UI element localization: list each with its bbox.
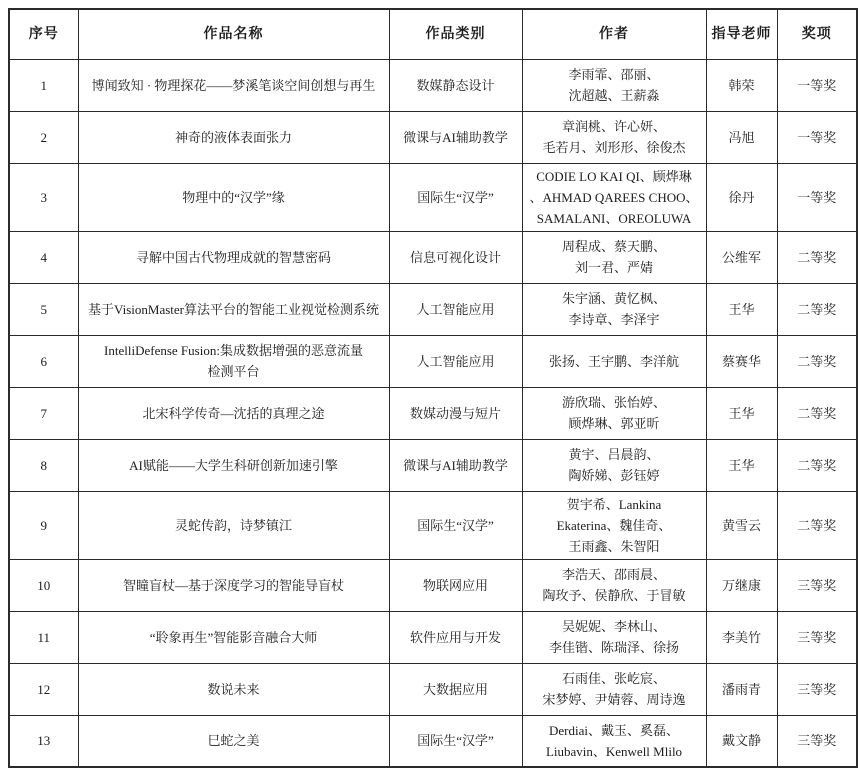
header-cell-no: 序号 [9,9,78,59]
cell-award: 三等奖 [777,715,857,767]
cell-no: 12 [9,663,78,715]
cell-authors: 李雨霏、邵丽、 沈超越、王薪淼 [522,59,706,111]
table-row: 4 寻解中国古代物理成就的智慧密码 信息可视化设计 周程成、蔡天鹏、 刘一君、严… [9,231,857,283]
cell-category: 国际生“汉学” [389,163,522,231]
cell-award: 二等奖 [777,335,857,387]
cell-title: 数说未来 [78,663,389,715]
cell-category: 微课与AI辅助教学 [389,111,522,163]
cell-award: 三等奖 [777,663,857,715]
table-row: 9 灵蛇传韵，诗梦镇江 国际生“汉学” 贺宇希、Lankina Ekaterin… [9,491,857,559]
cell-title: 寻解中国古代物理成就的智慧密码 [78,231,389,283]
header-cell-advisor: 指导老师 [706,9,777,59]
cell-no: 6 [9,335,78,387]
cell-award: 二等奖 [777,387,857,439]
cell-award: 一等奖 [777,163,857,231]
cell-advisor: 韩荣 [706,59,777,111]
cell-authors: 周程成、蔡天鹏、 刘一君、严婧 [522,231,706,283]
cell-no: 13 [9,715,78,767]
cell-title: 神奇的液体表面张力 [78,111,389,163]
cell-title: IntelliDefense Fusion:集成数据增强的恶意流量 检测平台 [78,335,389,387]
cell-title: 基于VisionMaster算法平台的智能工业视觉检测系统 [78,283,389,335]
cell-title: 灵蛇传韵，诗梦镇江 [78,491,389,559]
cell-award: 一等奖 [777,111,857,163]
table-row: 8 AI赋能——大学生科研创新加速引擎 微课与AI辅助教学 黄宇、吕晨韵、 陶娇… [9,439,857,491]
cell-authors: 张扬、王宇鹏、李洋航 [522,335,706,387]
cell-title: 物理中的“汉学”缘 [78,163,389,231]
awards-table: 序号 作品名称 作品类别 作者 指导老师 奖项 1 博闻致知 · 物理探花——梦… [8,8,858,768]
cell-title: 博闻致知 · 物理探花——梦溪笔谈空间创想与再生 [78,59,389,111]
cell-category: 大数据应用 [389,663,522,715]
table-row: 7 北宋科学传奇—沈括的真理之途 数媒动漫与短片 游欣瑞、张怡婷、 顾烨琳、郭亚… [9,387,857,439]
cell-category: 微课与AI辅助教学 [389,439,522,491]
header-cell-authors: 作者 [522,9,706,59]
cell-category: 国际生“汉学” [389,491,522,559]
cell-category: 人工智能应用 [389,283,522,335]
cell-title: AI赋能——大学生科研创新加速引擎 [78,439,389,491]
table-row: 1 博闻致知 · 物理探花——梦溪笔谈空间创想与再生 数媒静态设计 李雨霏、邵丽… [9,59,857,111]
table-row: 5 基于VisionMaster算法平台的智能工业视觉检测系统 人工智能应用 朱… [9,283,857,335]
cell-award: 三等奖 [777,559,857,611]
cell-authors: 章润桃、许心妍、 毛若月、刘形形、徐俊杰 [522,111,706,163]
table-row: 2 神奇的液体表面张力 微课与AI辅助教学 章润桃、许心妍、 毛若月、刘形形、徐… [9,111,857,163]
cell-no: 1 [9,59,78,111]
cell-award: 三等奖 [777,611,857,663]
table-header: 序号 作品名称 作品类别 作者 指导老师 奖项 [9,9,857,59]
cell-no: 8 [9,439,78,491]
awards-table-container: 序号 作品名称 作品类别 作者 指导老师 奖项 1 博闻致知 · 物理探花——梦… [8,8,858,768]
cell-title: 智瞳盲杖—基于深度学习的智能导盲杖 [78,559,389,611]
cell-no: 9 [9,491,78,559]
cell-no: 11 [9,611,78,663]
cell-category: 数媒动漫与短片 [389,387,522,439]
cell-advisor: 万继康 [706,559,777,611]
cell-advisor: 王华 [706,283,777,335]
table-row: 3 物理中的“汉学”缘 国际生“汉学” CODIE LO KAI QI、顾烨琳 … [9,163,857,231]
table-row: 13 巳蛇之美 国际生“汉学” Derdiai、戴玉、奚磊、 Liubavin、… [9,715,857,767]
cell-category: 国际生“汉学” [389,715,522,767]
table-row: 10 智瞳盲杖—基于深度学习的智能导盲杖 物联网应用 李浩天、邵雨晨、 陶玫予、… [9,559,857,611]
cell-authors: 石雨佳、张屹宸、 宋梦婷、尹婧蓉、周诗逸 [522,663,706,715]
cell-award: 二等奖 [777,439,857,491]
cell-title: 北宋科学传奇—沈括的真理之途 [78,387,389,439]
cell-authors: 朱宇涵、黄忆枫、 李诗章、李泽宇 [522,283,706,335]
table-row: 11 “聆象再生”智能影音融合大师 软件应用与开发 吴妮妮、李林山、 李佳锴、陈… [9,611,857,663]
cell-no: 2 [9,111,78,163]
cell-authors: Derdiai、戴玉、奚磊、 Liubavin、Kenwell Mlilo [522,715,706,767]
cell-no: 7 [9,387,78,439]
cell-authors: 黄宇、吕晨韵、 陶娇娣、彭钰婷 [522,439,706,491]
cell-no: 3 [9,163,78,231]
header-cell-title: 作品名称 [78,9,389,59]
cell-authors: CODIE LO KAI QI、顾烨琳 、AHMAD QAREES CHOO、 … [522,163,706,231]
header-row: 序号 作品名称 作品类别 作者 指导老师 奖项 [9,9,857,59]
cell-advisor: 王华 [706,439,777,491]
cell-authors: 李浩天、邵雨晨、 陶玫予、侯静欣、于冒敏 [522,559,706,611]
cell-authors: 游欣瑞、张怡婷、 顾烨琳、郭亚昕 [522,387,706,439]
cell-advisor: 戴文静 [706,715,777,767]
cell-advisor: 潘雨青 [706,663,777,715]
cell-no: 10 [9,559,78,611]
cell-title: “聆象再生”智能影音融合大师 [78,611,389,663]
header-cell-award: 奖项 [777,9,857,59]
cell-authors: 吴妮妮、李林山、 李佳锴、陈瑞泽、徐扬 [522,611,706,663]
cell-category: 信息可视化设计 [389,231,522,283]
table-body: 1 博闻致知 · 物理探花——梦溪笔谈空间创想与再生 数媒静态设计 李雨霏、邵丽… [9,59,857,767]
cell-advisor: 公维军 [706,231,777,283]
cell-authors: 贺宇希、Lankina Ekaterina、魏佳奇、 王雨鑫、朱智阳 [522,491,706,559]
cell-advisor: 黄雪云 [706,491,777,559]
cell-award: 二等奖 [777,491,857,559]
cell-category: 人工智能应用 [389,335,522,387]
cell-advisor: 王华 [706,387,777,439]
cell-award: 二等奖 [777,283,857,335]
cell-advisor: 李美竹 [706,611,777,663]
cell-advisor: 冯旭 [706,111,777,163]
cell-advisor: 蔡赛华 [706,335,777,387]
cell-advisor: 徐丹 [706,163,777,231]
cell-category: 软件应用与开发 [389,611,522,663]
table-row: 12 数说未来 大数据应用 石雨佳、张屹宸、 宋梦婷、尹婧蓉、周诗逸 潘雨青 三… [9,663,857,715]
cell-no: 4 [9,231,78,283]
cell-award: 一等奖 [777,59,857,111]
cell-category: 数媒静态设计 [389,59,522,111]
table-row: 6 IntelliDefense Fusion:集成数据增强的恶意流量 检测平台… [9,335,857,387]
cell-title: 巳蛇之美 [78,715,389,767]
cell-no: 5 [9,283,78,335]
cell-category: 物联网应用 [389,559,522,611]
header-cell-category: 作品类别 [389,9,522,59]
cell-award: 二等奖 [777,231,857,283]
